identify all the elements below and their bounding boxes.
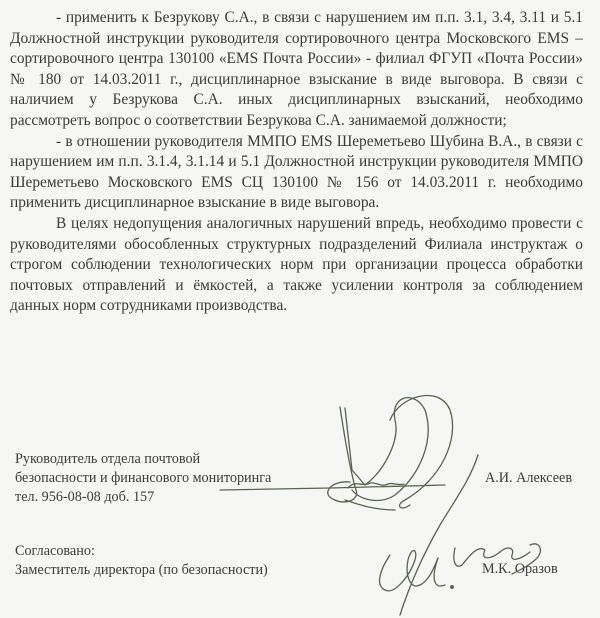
signature-block-deputy-director: Согласовано: Заместитель директора (по б… bbox=[15, 542, 268, 580]
paragraph-instruction: В целях недопущения аналогичных нарушени… bbox=[10, 214, 583, 317]
approved-label: Согласовано: bbox=[15, 542, 268, 561]
approver-title: Заместитель директора (по безопасности) bbox=[15, 561, 268, 580]
paragraph-shubin: - в отношении руководителя ММПО EMS Шере… bbox=[10, 132, 583, 214]
document-page: - применить к Безрукову С.А., в связи с … bbox=[0, 0, 600, 618]
signer-name-alekseev: А.И. Алексеев bbox=[485, 470, 572, 487]
signer-phone: тел. 956-08-08 доб. 157 bbox=[15, 488, 271, 507]
signature-block-head-of-security: Руководитель отдела почтовой безопасност… bbox=[15, 450, 271, 507]
paragraph-bezrukov: - применить к Безрукову С.А., в связи с … bbox=[10, 8, 583, 132]
approver-name-orazov: М.К. Оразов bbox=[482, 561, 558, 578]
signer-title-line2: безопасности и финансового мониторинга bbox=[15, 469, 271, 488]
document-body: - применить к Безрукову С.А., в связи с … bbox=[10, 8, 583, 317]
signer-title-line1: Руководитель отдела почтовой bbox=[15, 450, 271, 469]
